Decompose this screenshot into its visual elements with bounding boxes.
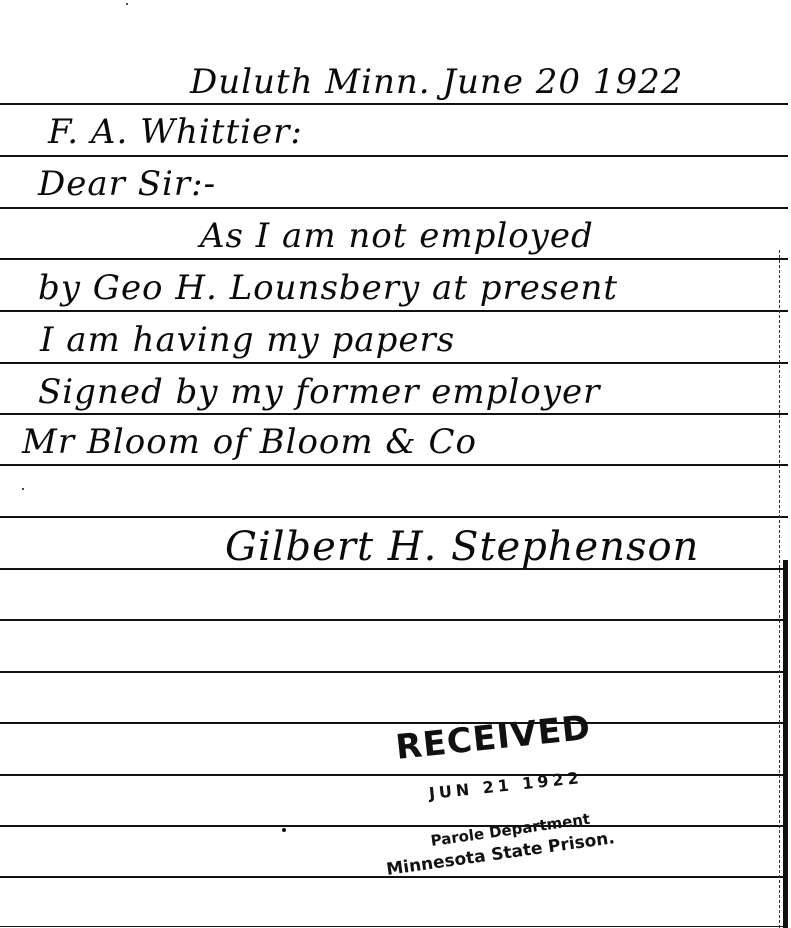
ruled-line — [0, 310, 788, 312]
ink-speck — [126, 3, 128, 5]
page-edge-shadow — [783, 560, 788, 928]
ruled-line — [0, 207, 788, 209]
margin-line — [779, 250, 780, 928]
ruled-line — [0, 362, 788, 364]
ruled-line — [0, 155, 788, 157]
salutation: Dear Sir:- — [38, 164, 216, 204]
dateline: Duluth Minn. June 20 1922 — [190, 62, 683, 102]
ruled-line — [0, 464, 788, 466]
ruled-line — [0, 258, 788, 260]
letter-page: Duluth Minn. June 20 1922 F. A. Whittier… — [0, 0, 791, 928]
body-line: As I am not employed — [200, 216, 594, 256]
stamp-received: RECEIVED — [394, 708, 593, 768]
ruled-line — [0, 774, 788, 776]
body-line: Mr Bloom of Bloom & Co — [22, 422, 477, 462]
ruled-line — [0, 722, 788, 724]
ink-speck — [282, 828, 286, 832]
body-line: by Geo H. Lounsbery at present — [38, 268, 618, 308]
ruled-line — [0, 103, 788, 105]
ink-speck — [22, 488, 24, 490]
ruled-line — [0, 926, 788, 927]
addressee: F. A. Whittier: — [48, 112, 303, 152]
signature: Gilbert H. Stephenson — [225, 524, 699, 570]
ruled-line — [0, 619, 788, 621]
ruled-line — [0, 671, 788, 673]
body-line: Signed by my former employer — [38, 372, 600, 412]
ruled-line — [0, 516, 788, 518]
ruled-line — [0, 413, 788, 415]
body-line: I am having my papers — [40, 320, 455, 360]
ruled-line — [0, 825, 788, 827]
